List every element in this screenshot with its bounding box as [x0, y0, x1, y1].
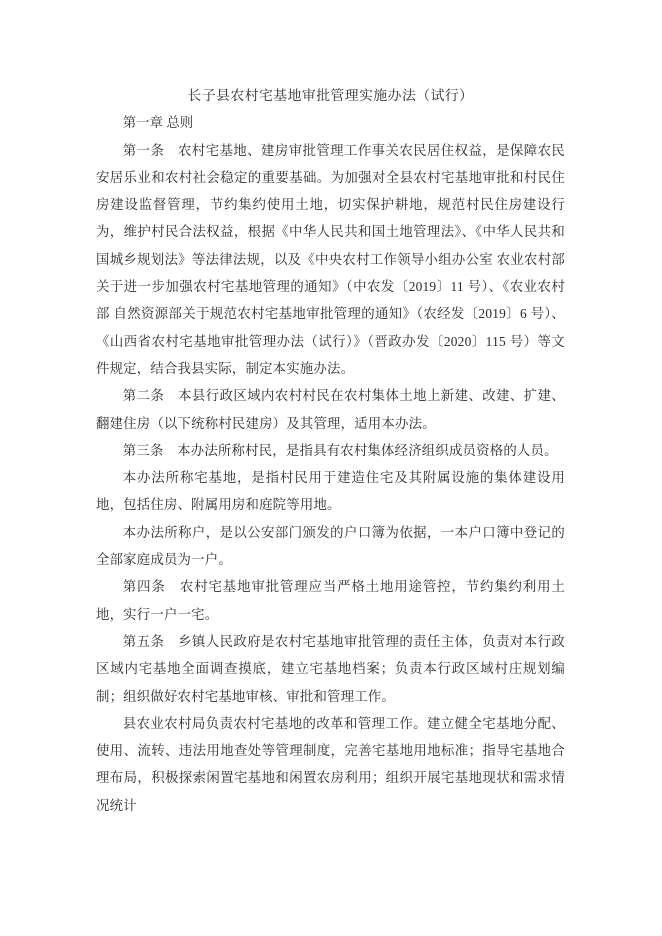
document-page: 长子县农村宅基地审批管理实施办法（试行） 第一章 总则 第一条 农村宅基地、建房…	[0, 0, 662, 936]
paragraph-article-4: 第四条 农村宅基地审批管理应当严格土地用途管控，节约集约利用土地，实行一户一宅。	[96, 573, 565, 628]
paragraph-article-3-cont-1: 本办法所称宅基地，是指村民用于建造住宅及其附属设施的集体建设用地，包括住房、附属…	[96, 464, 565, 519]
chapter-heading: 第一章 总则	[96, 109, 565, 136]
paragraph-article-3-cont-2: 本办法所称户，是以公安部门颁发的户口簿为依据，一本户口簿中登记的全部家庭成员为一…	[96, 519, 565, 574]
paragraph-article-3: 第三条 本办法所称村民，是指具有农村集体经济组织成员资格的人员。	[96, 437, 565, 464]
paragraph-article-2: 第二条 本县行政区域内农村村民在农村集体土地上新建、改建、扩建、翻建住房（以下统…	[96, 382, 565, 437]
document-title: 长子县农村宅基地审批管理实施办法（试行）	[96, 82, 565, 109]
paragraph-article-5-cont: 县农业农村局负责农村宅基地的改革和管理工作。建立健全宅基地分配、使用、流转、违法…	[96, 710, 565, 819]
paragraph-article-1: 第一条 农村宅基地、建房审批管理工作事关农民居住权益，是保障农民安居乐业和农村社…	[96, 137, 565, 383]
paragraph-article-5: 第五条 乡镇人民政府是农村宅基地审批管理的责任主体，负责对本行政区域内宅基地全面…	[96, 628, 565, 710]
